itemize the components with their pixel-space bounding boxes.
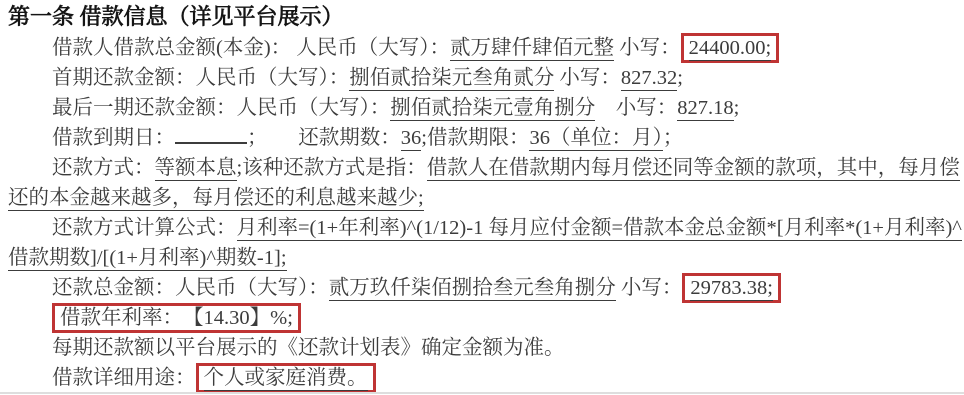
- document-line: 借款到期日：； 还款期数：36;借款期限：36（单位：月）；: [8, 123, 956, 153]
- document-line: 每期还款额以平台展示的《还款计划表》确定金额为准。: [8, 333, 956, 363]
- text-segment: ;: [677, 67, 683, 89]
- text-segment: 捌佰贰拾柒元叁角贰分: [349, 67, 554, 91]
- document-line: 还款总金额：人民币（大写）：贰万玖仟柒佰捌拾叁元叁角捌分 小写：29783.38…: [8, 273, 956, 303]
- text-segment: ;该种还款方式是指：: [237, 157, 427, 179]
- text-segment: 捌佰贰拾柒元壹角捌分: [390, 97, 595, 121]
- text-segment: 每期还款额以平台展示的《还款计划表》确定金额为准。: [52, 337, 565, 359]
- text-segment: 小写：: [614, 37, 681, 59]
- text-segment: 等额本息: [155, 157, 237, 181]
- text-segment: 827.18: [677, 97, 733, 121]
- document-line: 借款年利率： 【14.30】%;: [8, 303, 956, 333]
- document-line: 还的本金越来越多，每月偿还的利息越来越少;: [8, 183, 956, 213]
- text-segment: ； 还款期数：: [247, 127, 401, 149]
- text-segment: 贰万肆仟肆佰元整: [450, 37, 614, 61]
- text-segment: 小写：: [554, 67, 621, 89]
- document-line: 借款期数]/[(1+月利率)^期数-1];: [8, 243, 956, 273]
- blank-field: [175, 140, 247, 144]
- text-segment: 借款人借款总金额(本金)： 人民币（大写）：: [52, 37, 450, 59]
- text-segment: 29783.38;: [690, 277, 773, 301]
- highlight-box: 借款年利率： 【14.30】%;: [52, 303, 301, 333]
- text-segment: 小写：: [595, 97, 677, 119]
- text-segment: 借款期数]/[(1+月利率)^期数-1];: [8, 247, 287, 271]
- text-segment: 827.32: [621, 67, 677, 91]
- highlight-box: 个人或家庭消费。: [196, 363, 376, 393]
- document-line: 还款方式：等额本息;该种还款方式是指：借款人在借款期内每月偿还同等金额的款项，其…: [8, 153, 956, 183]
- text-segment: 借款人在借款期内每月偿还同等金额的款项，其中，每月偿: [427, 157, 960, 181]
- document-body: 借款人借款总金额(本金)： 人民币（大写）：贰万肆仟肆佰元整 小写：24400.…: [8, 33, 956, 393]
- text-segment: 还款方式计算公式：: [52, 217, 237, 239]
- text-segment: 月利率=(1+年利率)^(1/12)-1 每月应付金额=借款本金总金额*[月利率…: [237, 217, 962, 241]
- loan-contract-document: 第一条 借款信息（详见平台展示） 借款人借款总金额(本金)： 人民币（大写）：贰…: [0, 0, 964, 395]
- text-segment: 借款到期日：: [52, 127, 175, 149]
- text-segment: 最后一期还款金额：人民币（大写）：: [52, 97, 390, 119]
- text-segment: 贰万玖仟柒佰捌拾叁元叁角捌分: [329, 277, 616, 301]
- text-segment: ;借款期限：: [421, 127, 529, 149]
- document-line: 首期还款金额：人民币（大写）：捌佰贰拾柒元叁角贰分 小写：827.32;: [8, 63, 956, 93]
- text-segment: 36: [401, 127, 422, 151]
- highlight-box: 29783.38;: [682, 273, 781, 303]
- text-segment: 24400.00;: [689, 37, 772, 61]
- document-line: 最后一期还款金额：人民币（大写）：捌佰贰拾柒元壹角捌分 小写：827.18;: [8, 93, 956, 123]
- text-segment: ；: [663, 127, 684, 149]
- highlight-box: 24400.00;: [681, 33, 780, 63]
- text-segment: ;: [734, 97, 740, 119]
- document-line: 借款人借款总金额(本金)： 人民币（大写）：贰万肆仟肆佰元整 小写：24400.…: [8, 33, 956, 63]
- page-bottom-divider: [0, 392, 964, 394]
- text-segment: 36（单位：月）: [529, 127, 662, 151]
- text-segment: 还款方式：: [52, 157, 155, 179]
- text-segment: 还的本金越来越多，每月偿还的利息越来越少;: [8, 187, 424, 211]
- document-line: 借款详细用途：个人或家庭消费。: [8, 363, 956, 393]
- text-segment: 小写：: [616, 277, 683, 299]
- text-segment: 借款详细用途：: [52, 367, 196, 389]
- text-segment: 借款年利率： 【14.30】%;: [60, 307, 293, 329]
- text-segment: 首期还款金额：人民币（大写）：: [52, 67, 349, 89]
- text-segment: 个人或家庭消费。: [204, 367, 368, 391]
- text-segment: 还款总金额：人民币（大写）：: [52, 277, 329, 299]
- section-title: 第一条 借款信息（详见平台展示）: [8, 3, 956, 31]
- document-line: 还款方式计算公式：月利率=(1+年利率)^(1/12)-1 每月应付金额=借款本…: [8, 213, 956, 243]
